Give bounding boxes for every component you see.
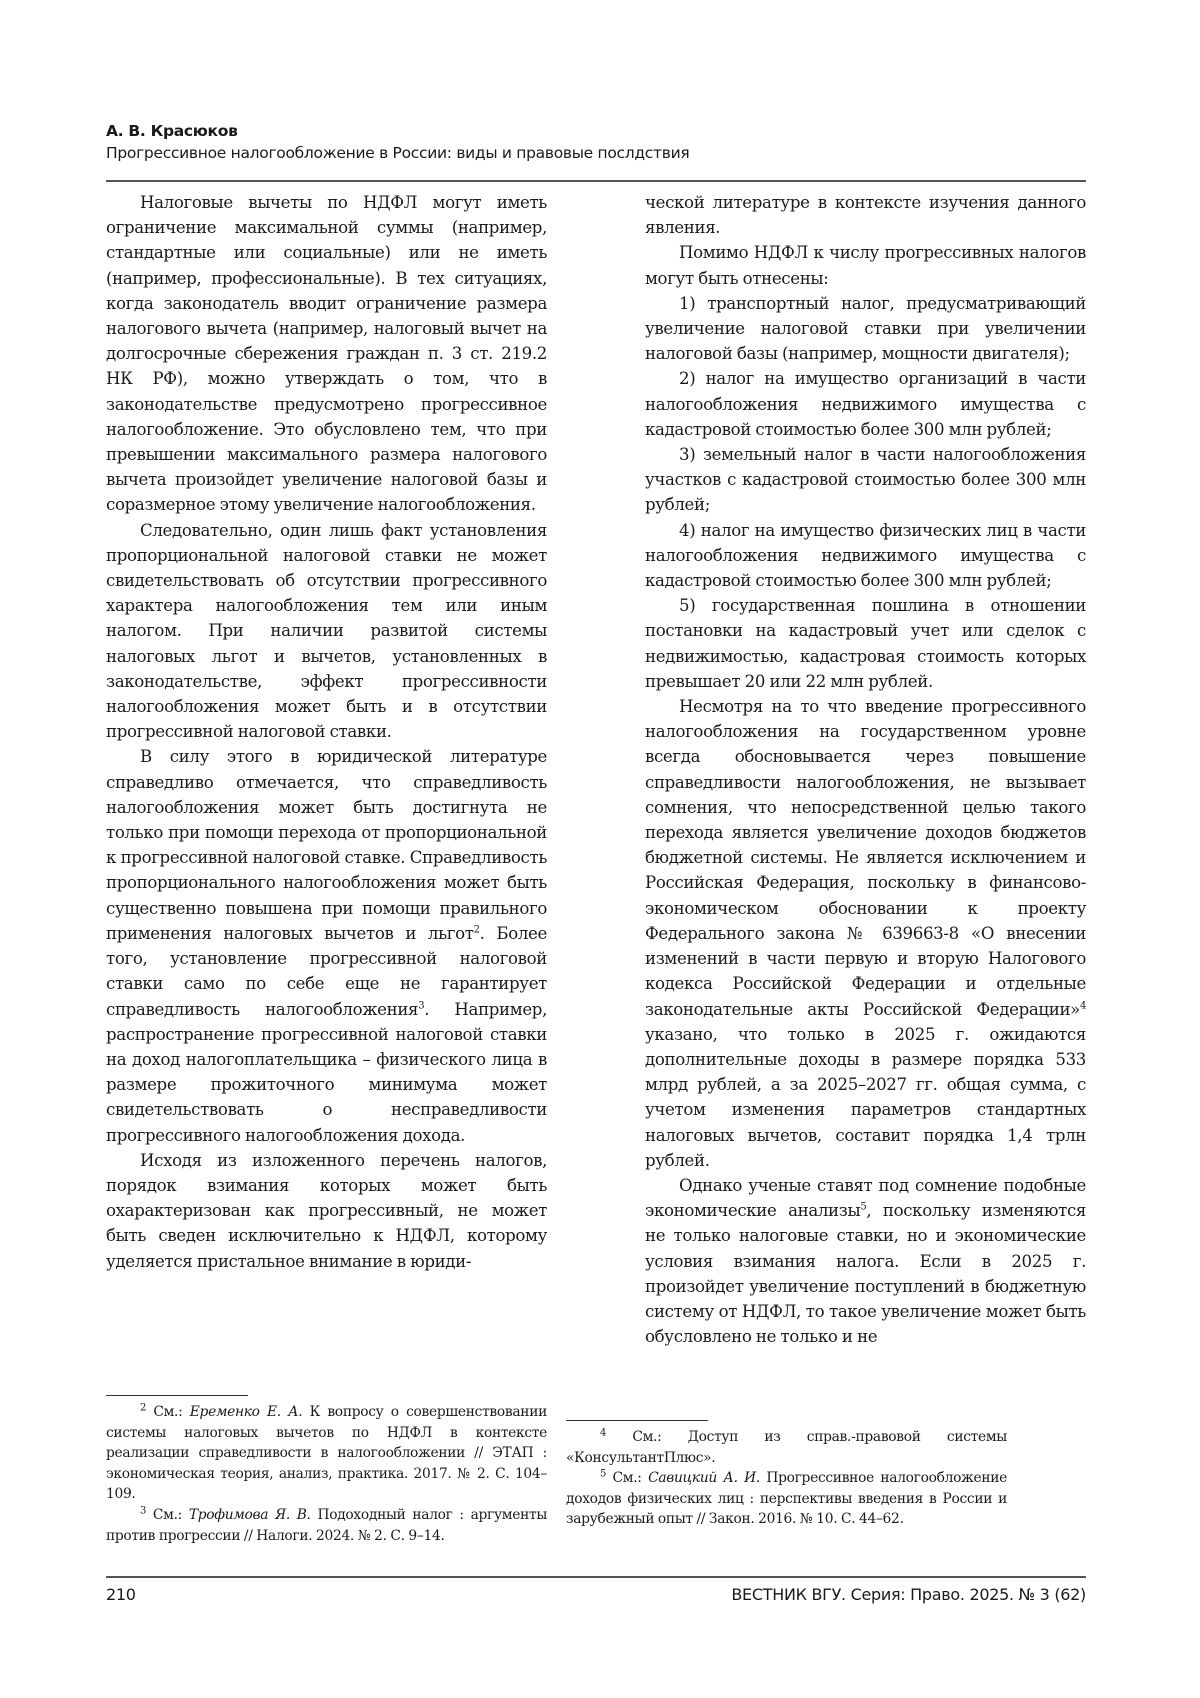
left-column: Налоговые вычеты по НДФЛ могут иметь огр… xyxy=(106,190,547,1349)
footnote-ref[interactable]: 4 xyxy=(1080,1000,1086,1011)
right-column: ческой литературе в контексте изучения д… xyxy=(645,190,1086,1349)
paragraph: Помимо НДФЛ к числу прогрессивных налого… xyxy=(645,240,1086,290)
paragraph: Налоговые вычеты по НДФЛ могут иметь огр… xyxy=(106,190,547,518)
footnotes-right: 4 См.: Доступ из справ.-правовой системы… xyxy=(566,1420,1007,1530)
paragraph: Исходя из изложенного перечень налогов, … xyxy=(106,1148,547,1274)
paragraph: Несмотря на то что введение прогрессивно… xyxy=(645,694,1086,1173)
footnote: 4 См.: Доступ из справ.-правовой системы… xyxy=(566,1427,1007,1468)
body-columns: Налоговые вычеты по НДФЛ могут иметь огр… xyxy=(106,190,1086,1349)
paragraph: Следовательно, один лишь факт установлен… xyxy=(106,518,547,745)
page-footer: 210 ВЕСТНИК ВГУ. Серия: Право. 2025. № 3… xyxy=(106,1585,1086,1604)
list-item: 4) налог на имущество физических лиц в ч… xyxy=(645,518,1086,594)
journal-name: ВЕСТНИК ВГУ. Серия: Право. 2025. № 3 (62… xyxy=(731,1585,1086,1604)
paragraph: В силу этого в юридической литературе сп… xyxy=(106,744,547,1147)
footnote-rule xyxy=(566,1420,708,1421)
footnote: 2 См.: Еременко Е. А. К вопросу о соверш… xyxy=(106,1402,547,1505)
list-item: 1) транспортный налог, предусматривающий… xyxy=(645,291,1086,367)
footer-rule xyxy=(106,1576,1086,1578)
list-item: 5) государственная пошлина в отношении п… xyxy=(645,593,1086,694)
paragraph: ческой литературе в контексте изучения д… xyxy=(645,190,1086,240)
running-head-author: А. В. Красюков xyxy=(106,120,1086,142)
footnotes-left: 2 См.: Еременко Е. А. К вопросу о соверш… xyxy=(106,1395,547,1546)
footnote-rule xyxy=(106,1395,248,1396)
running-head-title: Прогрессивное налогообложение в России: … xyxy=(106,142,1086,164)
header-rule xyxy=(106,180,1086,182)
page-number: 210 xyxy=(106,1585,136,1604)
running-head: А. В. Красюков Прогрессивное налогооблож… xyxy=(106,120,1086,164)
footnote: 3 См.: Трофимова Я. В. Подоходный налог … xyxy=(106,1505,547,1546)
footnote: 5 См.: Савицкий А. И. Прогрессивное нало… xyxy=(566,1468,1007,1530)
paragraph: Однако ученые ставят под сомнение подобн… xyxy=(645,1173,1086,1349)
list-item: 3) земельный налог в части налогообложен… xyxy=(645,442,1086,518)
list-item: 2) налог на имущество организаций в част… xyxy=(645,366,1086,442)
